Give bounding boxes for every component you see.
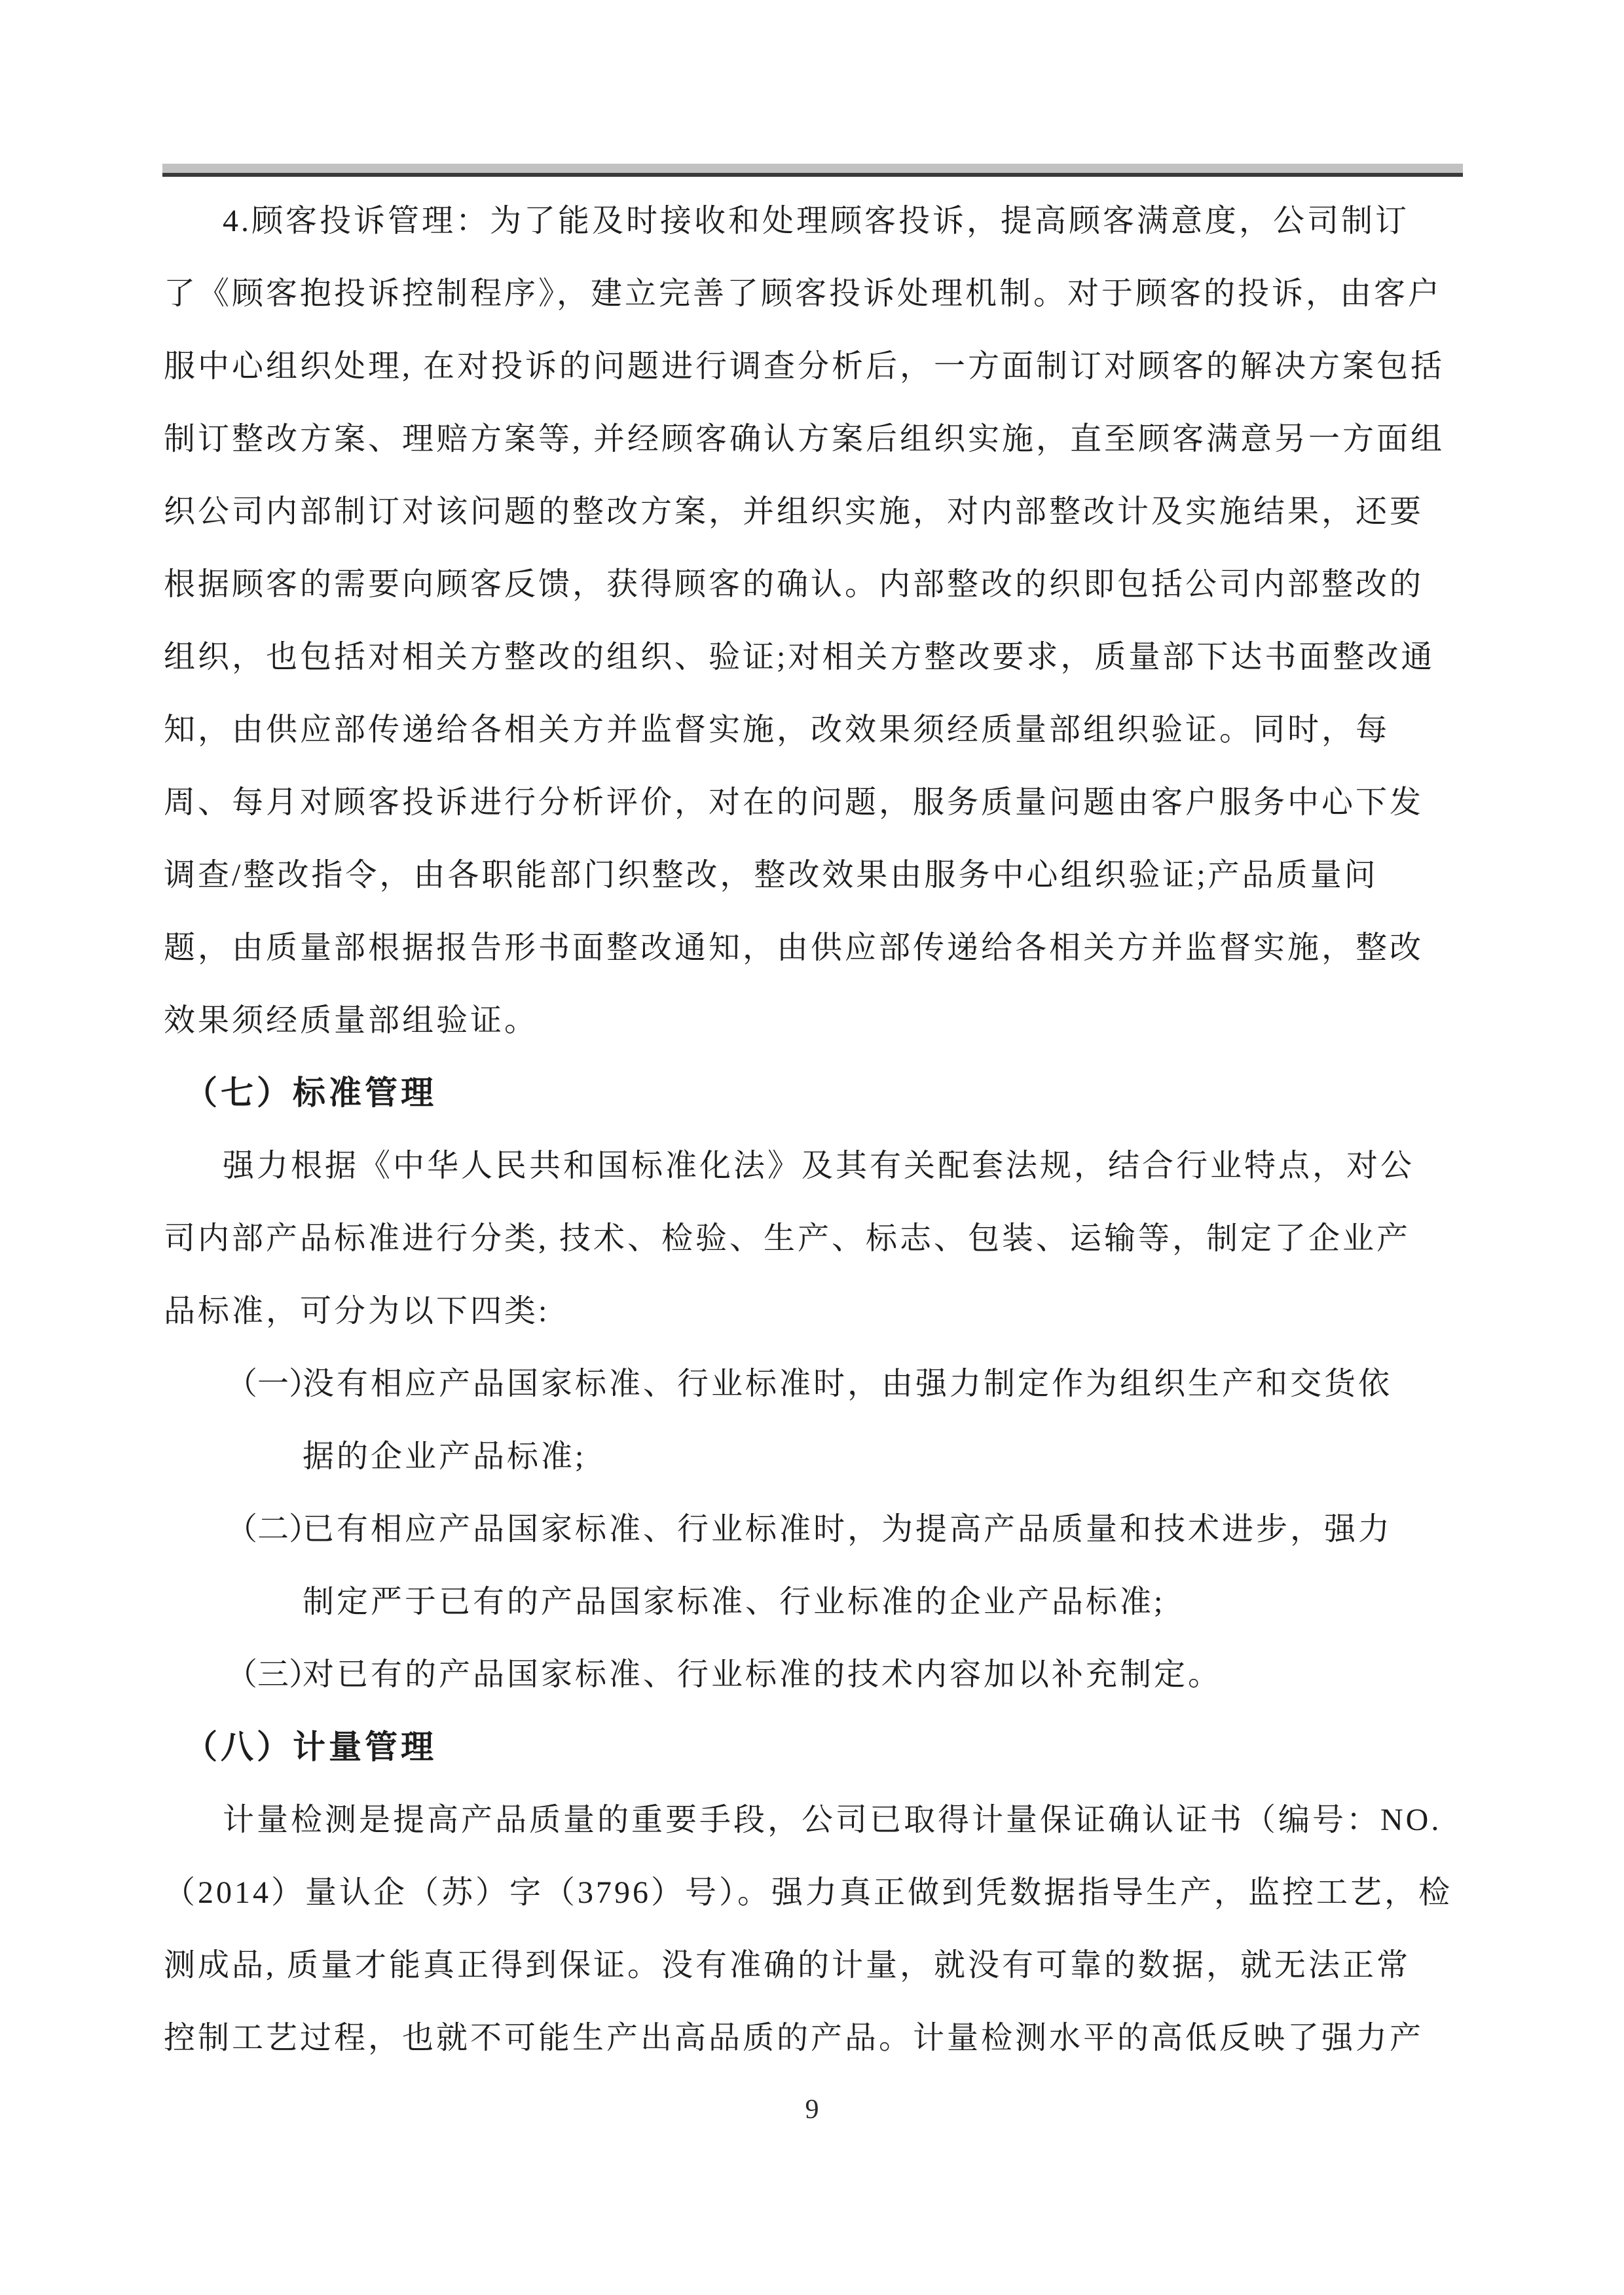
text-line-content: 根据顾客的需要向顾客反馈，获得顾客的确认。内部整改的织即包括公司内部整改的 [164,567,1424,602]
text-line: （二）已有相应产品国家标准、行业标准时，为提高产品质量和技术进步，强力 [164,1493,1467,1566]
text-line-content: 周、每月对顾客投诉进行分析评价，对在的问题，服务质量问题由客户服务中心下发 [164,785,1424,820]
text-line: 调查/整改指令，由各职能部门织整改，整改效果由服务中心组织验证;产品质量问 [164,839,1467,911]
text-line: 制订整改方案、理赔方案等, 并经顾客确认方案后组织实施，直至顾客满意另一方面组 [164,403,1467,475]
document-page: 4.顾客投诉管理：为了能及时接收和处理顾客投诉，提高顾客满意度，公司制订了《顾客… [0,0,1624,2295]
text-line-content: 调查/整改指令，由各职能部门织整改，整改效果由服务中心组织验证;产品质量问 [164,858,1378,892]
text-line-content: 制定严于已有的产品国家标准、行业标准的企业产品标准; [303,1585,1165,1619]
text-line-content: （2014）量认企（苏）字（3796）号）。强力真正做到凭数据指导生产，监控工艺… [164,1875,1452,1910]
section-heading: （七）标准管理 [164,1057,1467,1129]
text-line-content: 织公司内部制订对该问题的整改方案，并组织实施，对内部整改计及实施结果，还要 [164,494,1424,529]
list-marker: （三） [226,1638,320,1711]
text-line-content: 控制工艺过程，也就不可能生产出高品质的产品。计量检测水平的高低反映了强力产 [164,2021,1424,2055]
text-line-content: 已有相应产品国家标准、行业标准时，为提高产品质量和技术进步，强力 [303,1512,1392,1547]
text-line: 司内部产品标准进行分类, 技术、检验、生产、标志、包装、运输等，制定了企业产 [164,1202,1467,1275]
text-line-content: 品标准，可分为以下四类: [164,1294,549,1329]
text-line: （一）没有相应产品国家标准、行业标准时，由强力制定作为组织生产和交货依 [164,1348,1467,1420]
text-line: 4.顾客投诉管理：为了能及时接收和处理顾客投诉，提高顾客满意度，公司制订 [164,185,1467,257]
text-line-content: 对已有的产品国家标准、行业标准的技术内容加以补充制定。 [303,1657,1222,1692]
text-line-content: 强力根据《中华人民共和国标准化法》及其有关配套法规，结合行业特点，对公 [223,1148,1414,1183]
text-line: （2014）量认企（苏）字（3796）号）。强力真正做到凭数据指导生产，监控工艺… [164,1856,1467,1929]
page-number: 9 [0,2090,1624,2129]
list-marker: （二） [226,1493,320,1566]
text-line: 服中心组织处理, 在对投诉的问题进行调查分析后，一方面制订对顾客的解决方案包括 [164,330,1467,403]
text-line-content: 效果须经质量部组验证。 [164,1003,538,1038]
text-line: 据的企业产品标准; [164,1420,1467,1493]
text-line: 品标准，可分为以下四类: [164,1275,1467,1348]
text-line-content: 司内部产品标准进行分类, 技术、检验、生产、标志、包装、运输等，制定了企业产 [164,1221,1411,1256]
text-line-content: 服中心组织处理, 在对投诉的问题进行调查分析后，一方面制订对顾客的解决方案包括 [164,349,1445,384]
text-line-content: 没有相应产品国家标准、行业标准时，由强力制定作为组织生产和交货依 [303,1367,1392,1401]
text-line-content: 计量检测是提高产品质量的重要手段，公司已取得计量保证确认证书（编号：NO. [223,1803,1441,1837]
text-line: 了《顾客抱投诉控制程序》，建立完善了顾客投诉处理机制。对于顾客的投诉，由客户 [164,257,1467,330]
text-line: 测成品, 质量才能真正得到保证。没有准确的计量，就没有可靠的数据，就无法正常 [164,1929,1467,2002]
text-line: 制定严于已有的产品国家标准、行业标准的企业产品标准; [164,1566,1467,1638]
text-line: （三）对已有的产品国家标准、行业标准的技术内容加以补充制定。 [164,1638,1467,1711]
text-line-content: 制订整改方案、理赔方案等, 并经顾客确认方案后组织实施，直至顾客满意另一方面组 [164,422,1445,456]
text-line-content: 知，由供应部传递给各相关方并监督实施，改效果须经质量部组织验证。同时，每 [164,712,1390,747]
section-heading: （八）计量管理 [164,1711,1467,1784]
text-line: 根据顾客的需要向顾客反馈，获得顾客的确认。内部整改的织即包括公司内部整改的 [164,548,1467,621]
text-line-content: 测成品, 质量才能真正得到保证。没有准确的计量，就没有可靠的数据，就无法正常 [164,1948,1411,1983]
text-line: 控制工艺过程，也就不可能生产出高品质的产品。计量检测水平的高低反映了强力产 [164,2002,1467,2074]
text-line: 组织，也包括对相关方整改的组织、验证;对相关方整改要求，质量部下达书面整改通 [164,621,1467,693]
text-line-content: 题，由质量部根据报告形书面整改通知，由供应部传递给各相关方并监督实施，整改 [164,930,1424,965]
text-line-content: （八）计量管理 [185,1729,437,1765]
text-line: 周、每月对顾客投诉进行分析评价，对在的问题，服务质量问题由客户服务中心下发 [164,766,1467,839]
text-line-content: 组织，也包括对相关方整改的组织、验证;对相关方整改要求，质量部下达书面整改通 [164,640,1435,674]
text-line: 织公司内部制订对该问题的整改方案，并组织实施，对内部整改计及实施结果，还要 [164,475,1467,548]
text-line: 知，由供应部传递给各相关方并监督实施，改效果须经质量部组织验证。同时，每 [164,693,1467,766]
list-marker: （一） [226,1348,320,1420]
text-line: 效果须经质量部组验证。 [164,984,1467,1057]
document-body: 4.顾客投诉管理：为了能及时接收和处理顾客投诉，提高顾客满意度，公司制订了《顾客… [164,185,1467,2074]
text-line: 强力根据《中华人民共和国标准化法》及其有关配套法规，结合行业特点，对公 [164,1129,1467,1202]
header-rule [162,164,1463,177]
text-line-content: （七）标准管理 [185,1074,437,1111]
text-line: 计量检测是提高产品质量的重要手段，公司已取得计量保证确认证书（编号：NO. [164,1784,1467,1856]
text-line-content: 4.顾客投诉管理：为了能及时接收和处理顾客投诉，提高顾客满意度，公司制订 [223,204,1409,238]
text-line-content: 了《顾客抱投诉控制程序》，建立完善了顾客投诉处理机制。对于顾客的投诉，由客户 [164,276,1442,311]
text-line: 题，由质量部根据报告形书面整改通知，由供应部传递给各相关方并监督实施，整改 [164,911,1467,984]
text-line-content: 据的企业产品标准; [303,1439,586,1474]
